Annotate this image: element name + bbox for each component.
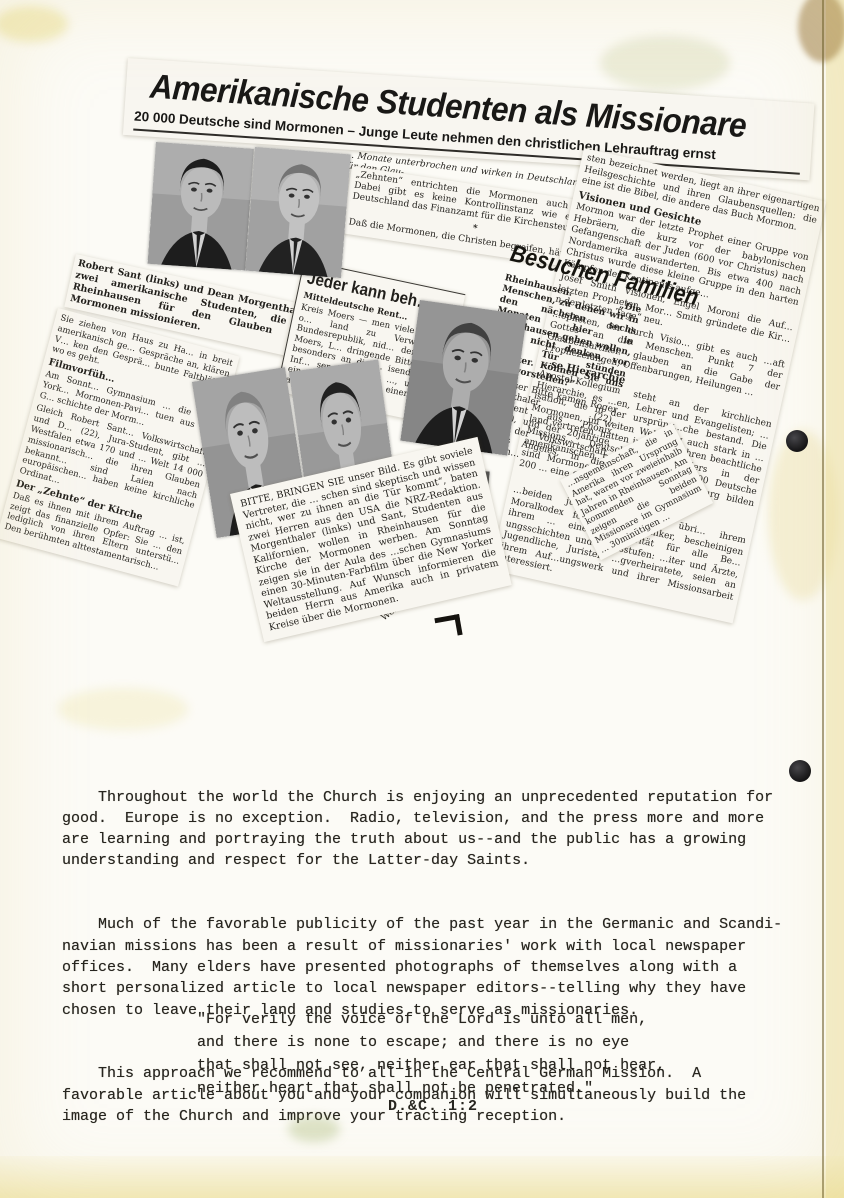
- scripture-reference: D.&C. 1:2: [388, 1098, 478, 1115]
- scanned-page: Amerikanische Studenten als Missionare 2…: [0, 0, 844, 1198]
- scan-smudge: [798, 0, 844, 62]
- scan-edge-line: [822, 0, 824, 1198]
- photo-robert-sant: [147, 142, 253, 271]
- binder-hole: [789, 760, 811, 782]
- binder-hole: [786, 430, 808, 452]
- paper-stain: [58, 688, 188, 730]
- scan-edge-tint: [826, 0, 844, 1198]
- paper-stain: [0, 6, 68, 42]
- body-paragraph: Much of the favorable publicity of the p…: [62, 914, 802, 1020]
- photo-dean-morgenthaler: [245, 147, 350, 278]
- crop-corner-mark: [434, 614, 462, 639]
- scripture-quote: "For verily the voice of the Lord is unt…: [197, 1008, 677, 1100]
- paper-stain: [768, 430, 838, 600]
- photo-missionary-portrait: [400, 300, 527, 456]
- body-paragraph: Throughout the world the Church is enjoy…: [62, 787, 802, 872]
- paper-stain: [600, 36, 730, 90]
